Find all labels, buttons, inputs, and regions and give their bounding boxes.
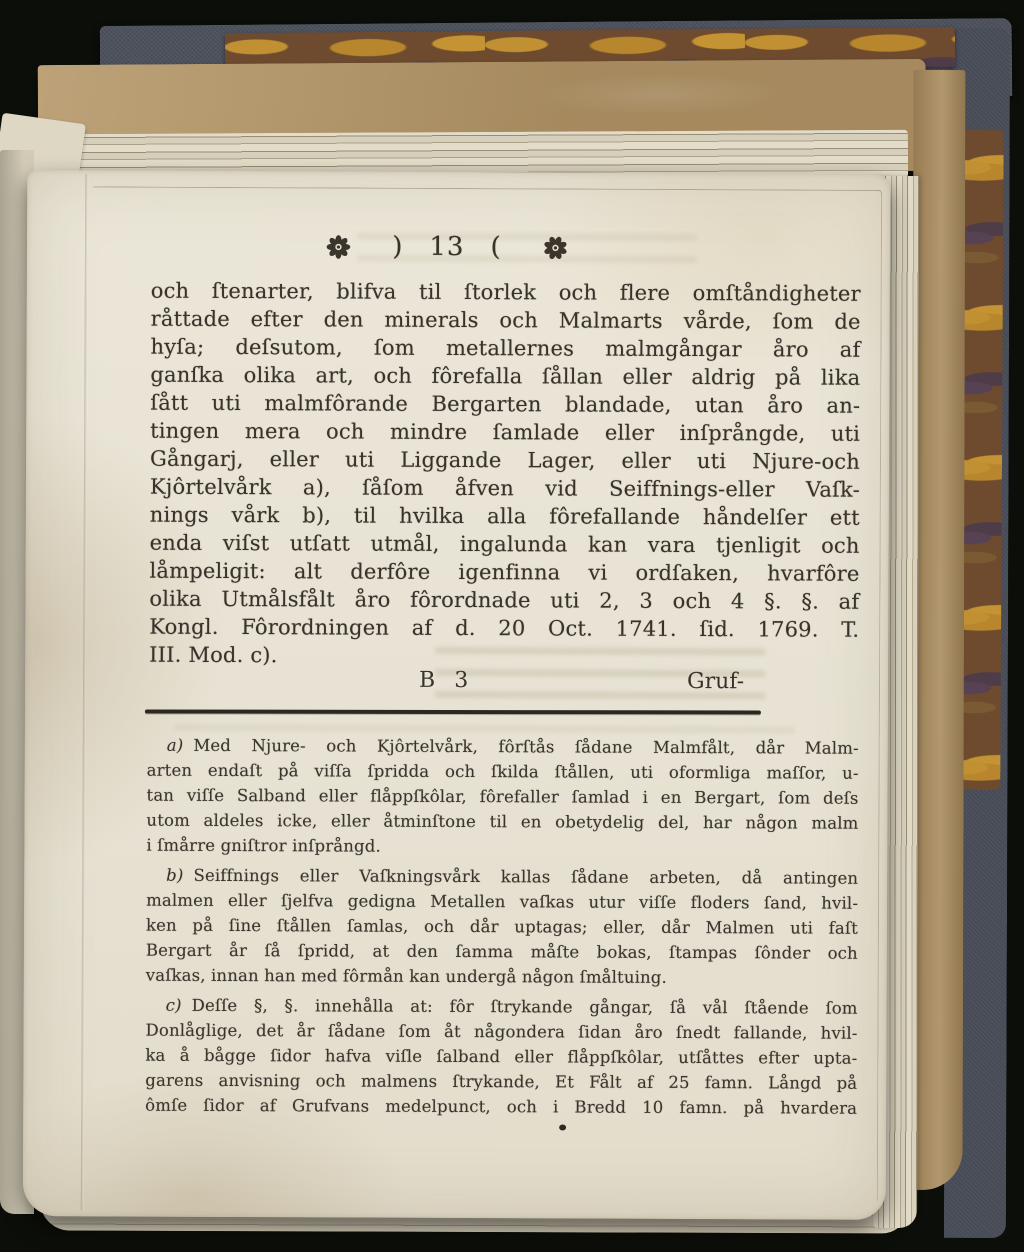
footnote-line: malmen eller ſjelfva gedigna Metallen va…: [146, 888, 858, 916]
page-crease: [81, 174, 89, 1210]
footnote-marker: a): [167, 736, 184, 755]
body-line: nings vårk b), til hvilka alla fôrefalla…: [150, 501, 860, 532]
body-line: ganſka olika art, och fôrefalla ſållan e…: [150, 361, 860, 392]
footnote-marker: c): [166, 996, 182, 1015]
footnote-line: ken på ſine ſtållen ſamlas, och dår upta…: [146, 913, 858, 941]
book-page: ) 13 ( och ſtenarter, blifva: [23, 170, 891, 1220]
footnote-line: Bergart år ſå ſpridd, at den ſamma måſte…: [146, 938, 858, 966]
footnote-line: tan viſſe Salband eller flåppſkôlar, fôr…: [147, 783, 859, 811]
body-line: ſått uti malmfôrande Bergarten blandade,…: [150, 389, 860, 420]
footnote-c: c)Deſſe §, §. innehålla at: fôr ſtrykand…: [145, 993, 858, 1121]
footnote-b: b)Seiffnings eller Vaſkningsvårk kallas …: [146, 863, 859, 991]
body-text: och ſtenarter, blifva til ſtorlek och fl…: [149, 277, 861, 672]
page-number: 13: [429, 232, 464, 262]
photo-background: ) 13 ( och ſtenarter, blifva: [0, 0, 1024, 1252]
footnote-line: b)Seiffnings eller Vaſkningsvårk kallas …: [146, 863, 858, 891]
body-line: låmpeligit: alt derfôre igenfinna vi ord…: [149, 557, 859, 588]
catchword: Gruf-: [687, 669, 744, 694]
body-line: råttade efter den minerals och Malmarts …: [151, 305, 861, 336]
ink-blot: [559, 1124, 566, 1130]
footnote-line: c)Deſſe §, §. innehålla at: fôr ſtrykand…: [146, 993, 858, 1021]
body-line: och ſtenarter, blifva til ſtorlek och fl…: [151, 277, 861, 308]
footnote-line: arten endaſt på viſſa ſpridda och ſkilda…: [147, 758, 859, 786]
body-line: olika Utmålsfålt åro fôrordnade uti 2, 3…: [149, 585, 859, 616]
body-line: Gångarj, eller uti Liggande Lager, eller…: [150, 445, 860, 476]
body-line: Kongl. Fôrordningen af d. 20 Oct. 1741. …: [149, 613, 859, 644]
page-header: ) 13 (: [93, 226, 801, 267]
footnote-line: ômſe ſidor af Grufvans medelpunct, och i…: [145, 1093, 857, 1121]
body-line: hyſa; deſsutom, ſom metallernes malmgång…: [150, 333, 860, 364]
footnote-line: ka å bågge ſidor hafva viſle ſalband ell…: [145, 1043, 857, 1071]
footnote-line: vaſkas, innan han med fôrmån kan undergå…: [146, 963, 858, 991]
footnote-line: garens anvisning och malmens ſtrykande, …: [145, 1068, 857, 1096]
footnote-line: i ſmårre gniſtror inſprångd.: [146, 833, 858, 861]
body-line: tingen mera och mindre ſamlade eller inſ…: [150, 417, 860, 448]
signature-row: B 3 Gruf-: [149, 667, 859, 700]
footnote-line: Donlåglige, det år ſådane ſom åt någonde…: [145, 1018, 857, 1046]
signature-mark: B 3: [419, 668, 474, 693]
footnote-line: utom aldeles icke, eller åtminſtone til …: [146, 808, 858, 836]
footnote-marker: b): [166, 866, 183, 885]
footnote-text: Med Njure- och Kjôrtelvårk, fôrſtås ſåda…: [193, 736, 858, 758]
rosette-ornament-icon: [542, 234, 569, 261]
header-open-bracket: ): [392, 232, 403, 262]
body-line: enda viſst utſatt utmål, ingalunda kan v…: [150, 529, 860, 560]
footnote-line: a)Med Njure- och Kjôrtelvårk, fôrſtås ſå…: [147, 733, 859, 761]
body-line: Kjôrtelvårk a), ſåſom åfven vid Seiffnin…: [150, 473, 860, 504]
header-close-bracket: (: [490, 232, 501, 262]
footnote-text: Deſſe §, §. innehålla at: fôr ſtrykande …: [192, 996, 858, 1018]
footnote-text: Seiffnings eller Vaſkningsvårk kallas ſå…: [193, 866, 858, 888]
footnote-a: a)Med Njure- och Kjôrtelvårk, fôrſtås ſå…: [146, 733, 859, 861]
rosette-ornament-icon: [325, 233, 352, 260]
